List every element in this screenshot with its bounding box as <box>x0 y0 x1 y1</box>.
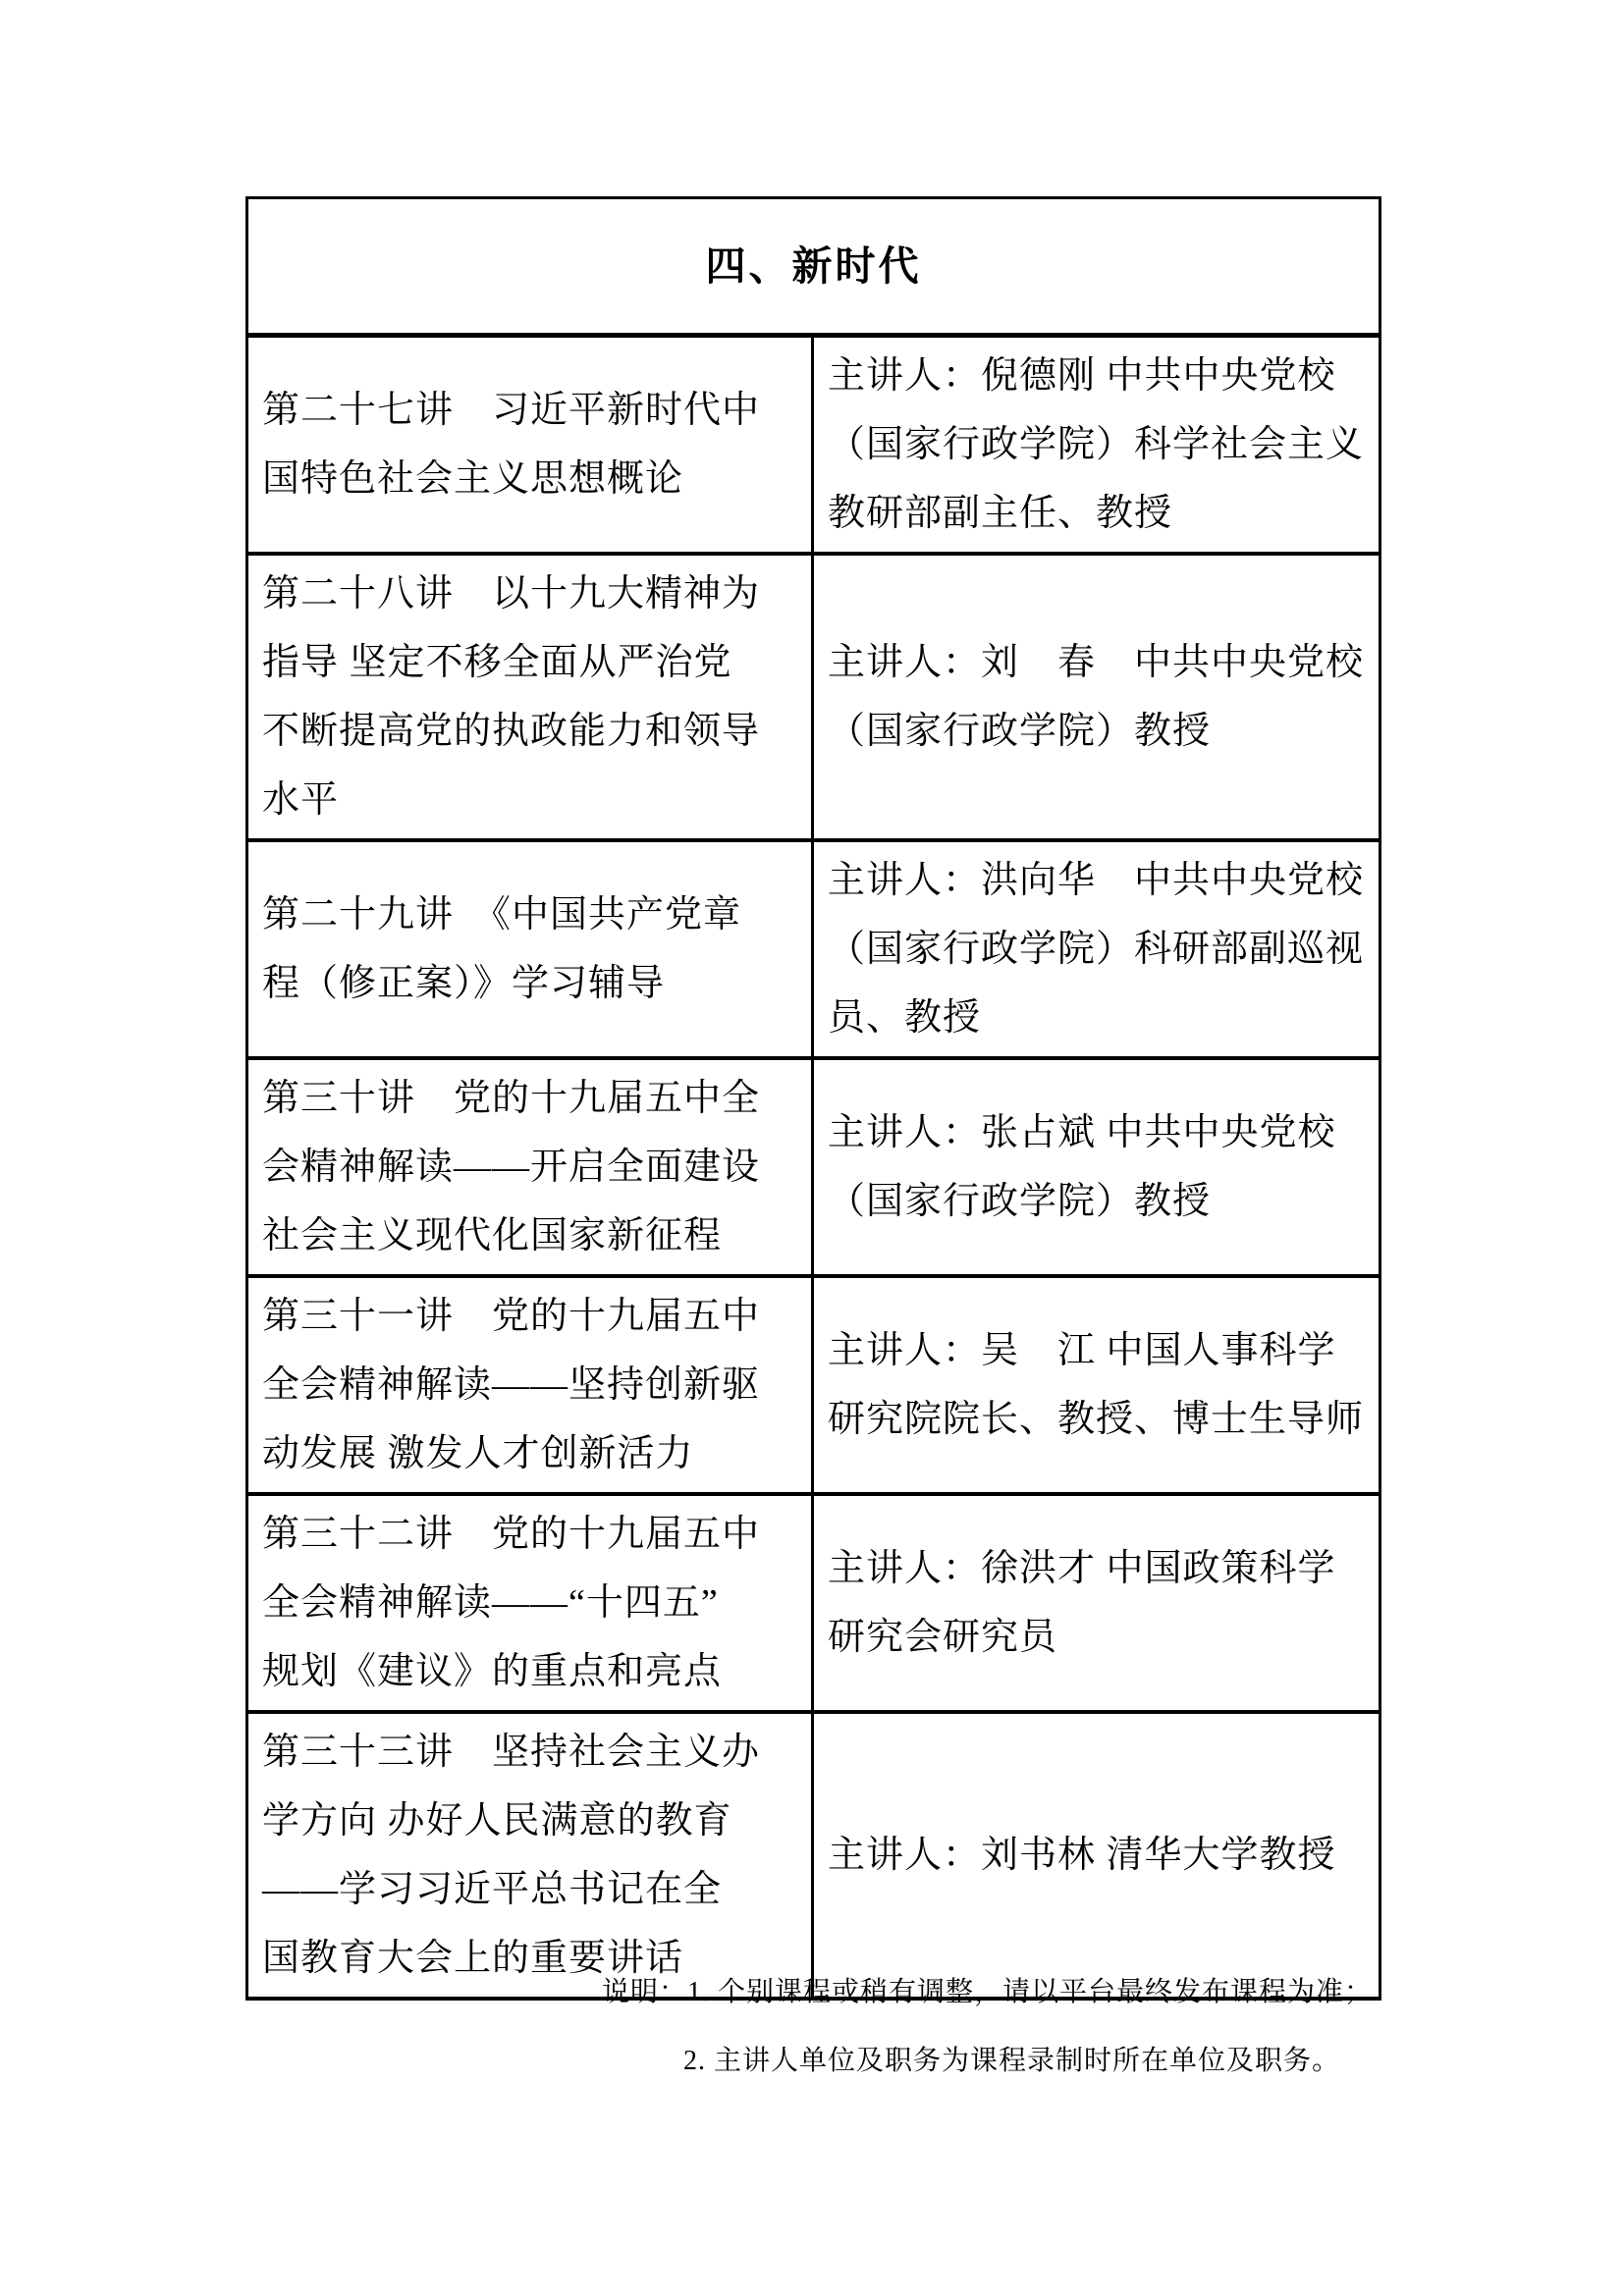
table-row: 第三十一讲 党的十九届五中 全会精神解读——坚持创新驱 动发展 激发人才创新活力… <box>247 1276 1380 1494</box>
speaker-cell: 主讲人：洪向华 中共中央党校 （国家行政学院）科研部副巡视 员、教授 <box>813 840 1380 1058</box>
lecture-title-cell: 第二十九讲 《中国共产党章 程（修正案）》学习辅导 <box>247 840 813 1058</box>
speaker-cell: 主讲人：张占斌 中共中央党校 （国家行政学院）教授 <box>813 1058 1380 1276</box>
section-header-row: 四、新时代 <box>247 198 1380 336</box>
lecture-title-cell: 第三十一讲 党的十九届五中 全会精神解读——坚持创新驱 动发展 激发人才创新活力 <box>247 1276 813 1494</box>
note-line-2: 2. 主讲人单位及职务为课程录制时所在单位及职务。 <box>683 2044 1340 2079</box>
course-table: 四、新时代 第二十七讲 习近平新时代中 国特色社会主义思想概论 主讲人：倪德刚 … <box>245 196 1381 2001</box>
speaker-cell: 主讲人：徐洪才 中国政策科学 研究会研究员 <box>813 1494 1380 1712</box>
lecture-title-cell: 第二十八讲 以十九大精神为 指导 坚定不移全面从严治党 不断提高党的执政能力和领… <box>247 554 813 840</box>
lecture-title-cell: 第二十七讲 习近平新时代中 国特色社会主义思想概论 <box>247 336 813 555</box>
table-row: 第二十八讲 以十九大精神为 指导 坚定不移全面从严治党 不断提高党的执政能力和领… <box>247 554 1380 840</box>
speaker-cell: 主讲人：吴 江 中国人事科学 研究院院长、教授、博士生导师 <box>813 1276 1380 1494</box>
speaker-cell: 主讲人：刘 春 中共中央党校 （国家行政学院）教授 <box>813 554 1380 840</box>
table-row: 第三十三讲 坚持社会主义办 学方向 办好人民满意的教育 ——学习习近平总书记在全… <box>247 1712 1380 1999</box>
lecture-title-cell: 第三十二讲 党的十九届五中 全会精神解读——“十四五” 规划《建议》的重点和亮点 <box>247 1494 813 1712</box>
speaker-cell: 主讲人：倪德刚 中共中央党校 （国家行政学院）科学社会主义 教研部副主任、教授 <box>813 336 1380 555</box>
table-row: 第二十七讲 习近平新时代中 国特色社会主义思想概论 主讲人：倪德刚 中共中央党校… <box>247 336 1380 555</box>
table-row: 第三十二讲 党的十九届五中 全会精神解读——“十四五” 规划《建议》的重点和亮点… <box>247 1494 1380 1712</box>
table-row: 第三十讲 党的十九届五中全 会精神解读——开启全面建设 社会主义现代化国家新征程… <box>247 1058 1380 1276</box>
note-line-1: 说明：1. 个别课程或稍有调整，请以平台最终发布课程为准； <box>602 1975 1373 2010</box>
document-page: 四、新时代 第二十七讲 习近平新时代中 国特色社会主义思想概论 主讲人：倪德刚 … <box>0 0 1624 2296</box>
section-title: 四、新时代 <box>247 198 1380 336</box>
speaker-cell: 主讲人：刘书林 清华大学教授 <box>813 1712 1380 1999</box>
lecture-title-cell: 第三十三讲 坚持社会主义办 学方向 办好人民满意的教育 ——学习习近平总书记在全… <box>247 1712 813 1999</box>
table-row: 第二十九讲 《中国共产党章 程（修正案）》学习辅导 主讲人：洪向华 中共中央党校… <box>247 840 1380 1058</box>
lecture-title-cell: 第三十讲 党的十九届五中全 会精神解读——开启全面建设 社会主义现代化国家新征程 <box>247 1058 813 1276</box>
